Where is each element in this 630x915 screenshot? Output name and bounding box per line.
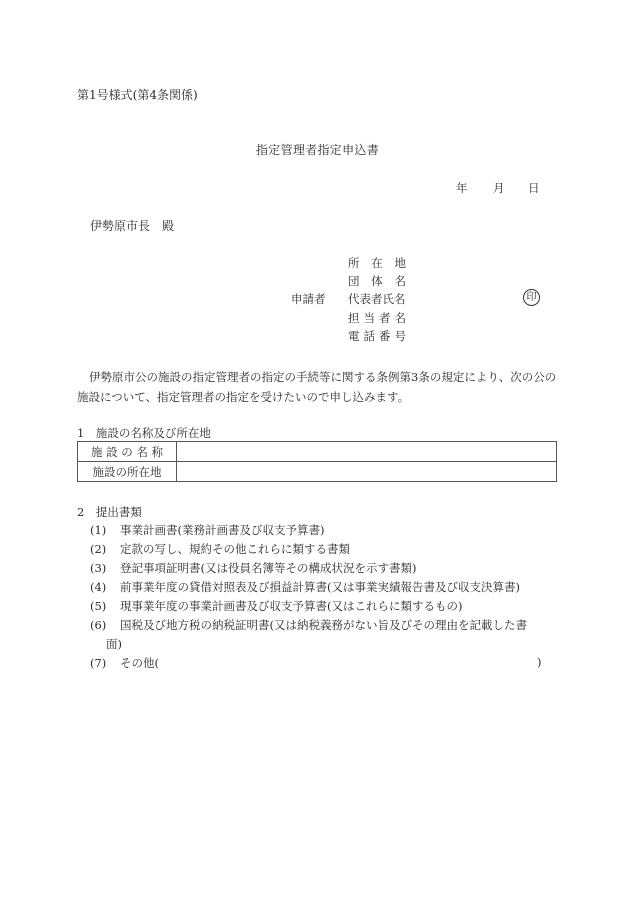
seal-mark: 印 [523,289,540,306]
addressee: 伊勢原市長 殿 [90,217,174,234]
list-item: (5)現事業年度の事業計画書及び収支予算書(又はこれらに類するもの) [90,598,462,614]
other-closing-paren: ) [537,655,542,669]
list-item: (1)事業計画書(業務計画書及び収支予算書) [90,522,324,538]
form-number: 第1号様式(第4条関係) [77,86,198,103]
date-day-label: 日 [528,180,540,196]
field-label-representative: 代表者氏名 [348,291,410,307]
list-item-continuation: 面) [106,636,122,652]
table-row: 施設の所在地 [78,462,557,482]
applicant-label: 申請者 [291,291,326,307]
document-title: 指定管理者指定申込書 [256,141,379,158]
field-label-address: 所 在 地 [348,255,406,271]
facility-location-label: 施設の所在地 [78,462,177,482]
facility-table: 施 設 の 名 称 施設の所在地 [77,441,557,482]
list-item: (2)定款の写し、規約その他これらに類する書類 [90,541,350,557]
table-row: 施 設 の 名 称 [78,442,557,462]
list-item: (4)前事業年度の貸借対照表及び損益計算書(又は事業実績報告書及び収支決算書) [90,579,520,595]
facility-name-label: 施 設 の 名 称 [78,442,177,462]
date-month-label: 月 [493,180,505,196]
field-label-phone: 電 話 番 号 [348,328,406,344]
application-statement: 伊勢原市公の施設の指定管理者の指定の手続等に関する条例第3条の規定により、次の公… [77,367,557,407]
date-year-label: 年 [456,180,468,196]
field-label-organization: 団 体 名 [348,273,406,289]
field-label-contact-person: 担 当 者 名 [348,310,406,326]
list-item: (7)その他( [90,655,159,671]
section-2-heading: 2 提出書類 [77,504,142,520]
facility-name-field[interactable] [177,442,557,462]
facility-location-field[interactable] [177,462,557,482]
list-item: (6)国税及び地方税の納税証明書(又は納税義務がない旨及びその理由を記載した書 [90,617,527,633]
section-1-heading: 1 施設の名称及び所在地 [77,425,211,441]
date-line: 年 月 日 [456,180,546,194]
list-item: (3)登記事項証明書(又は役員名簿等その構成状況を示す書類) [90,560,416,576]
